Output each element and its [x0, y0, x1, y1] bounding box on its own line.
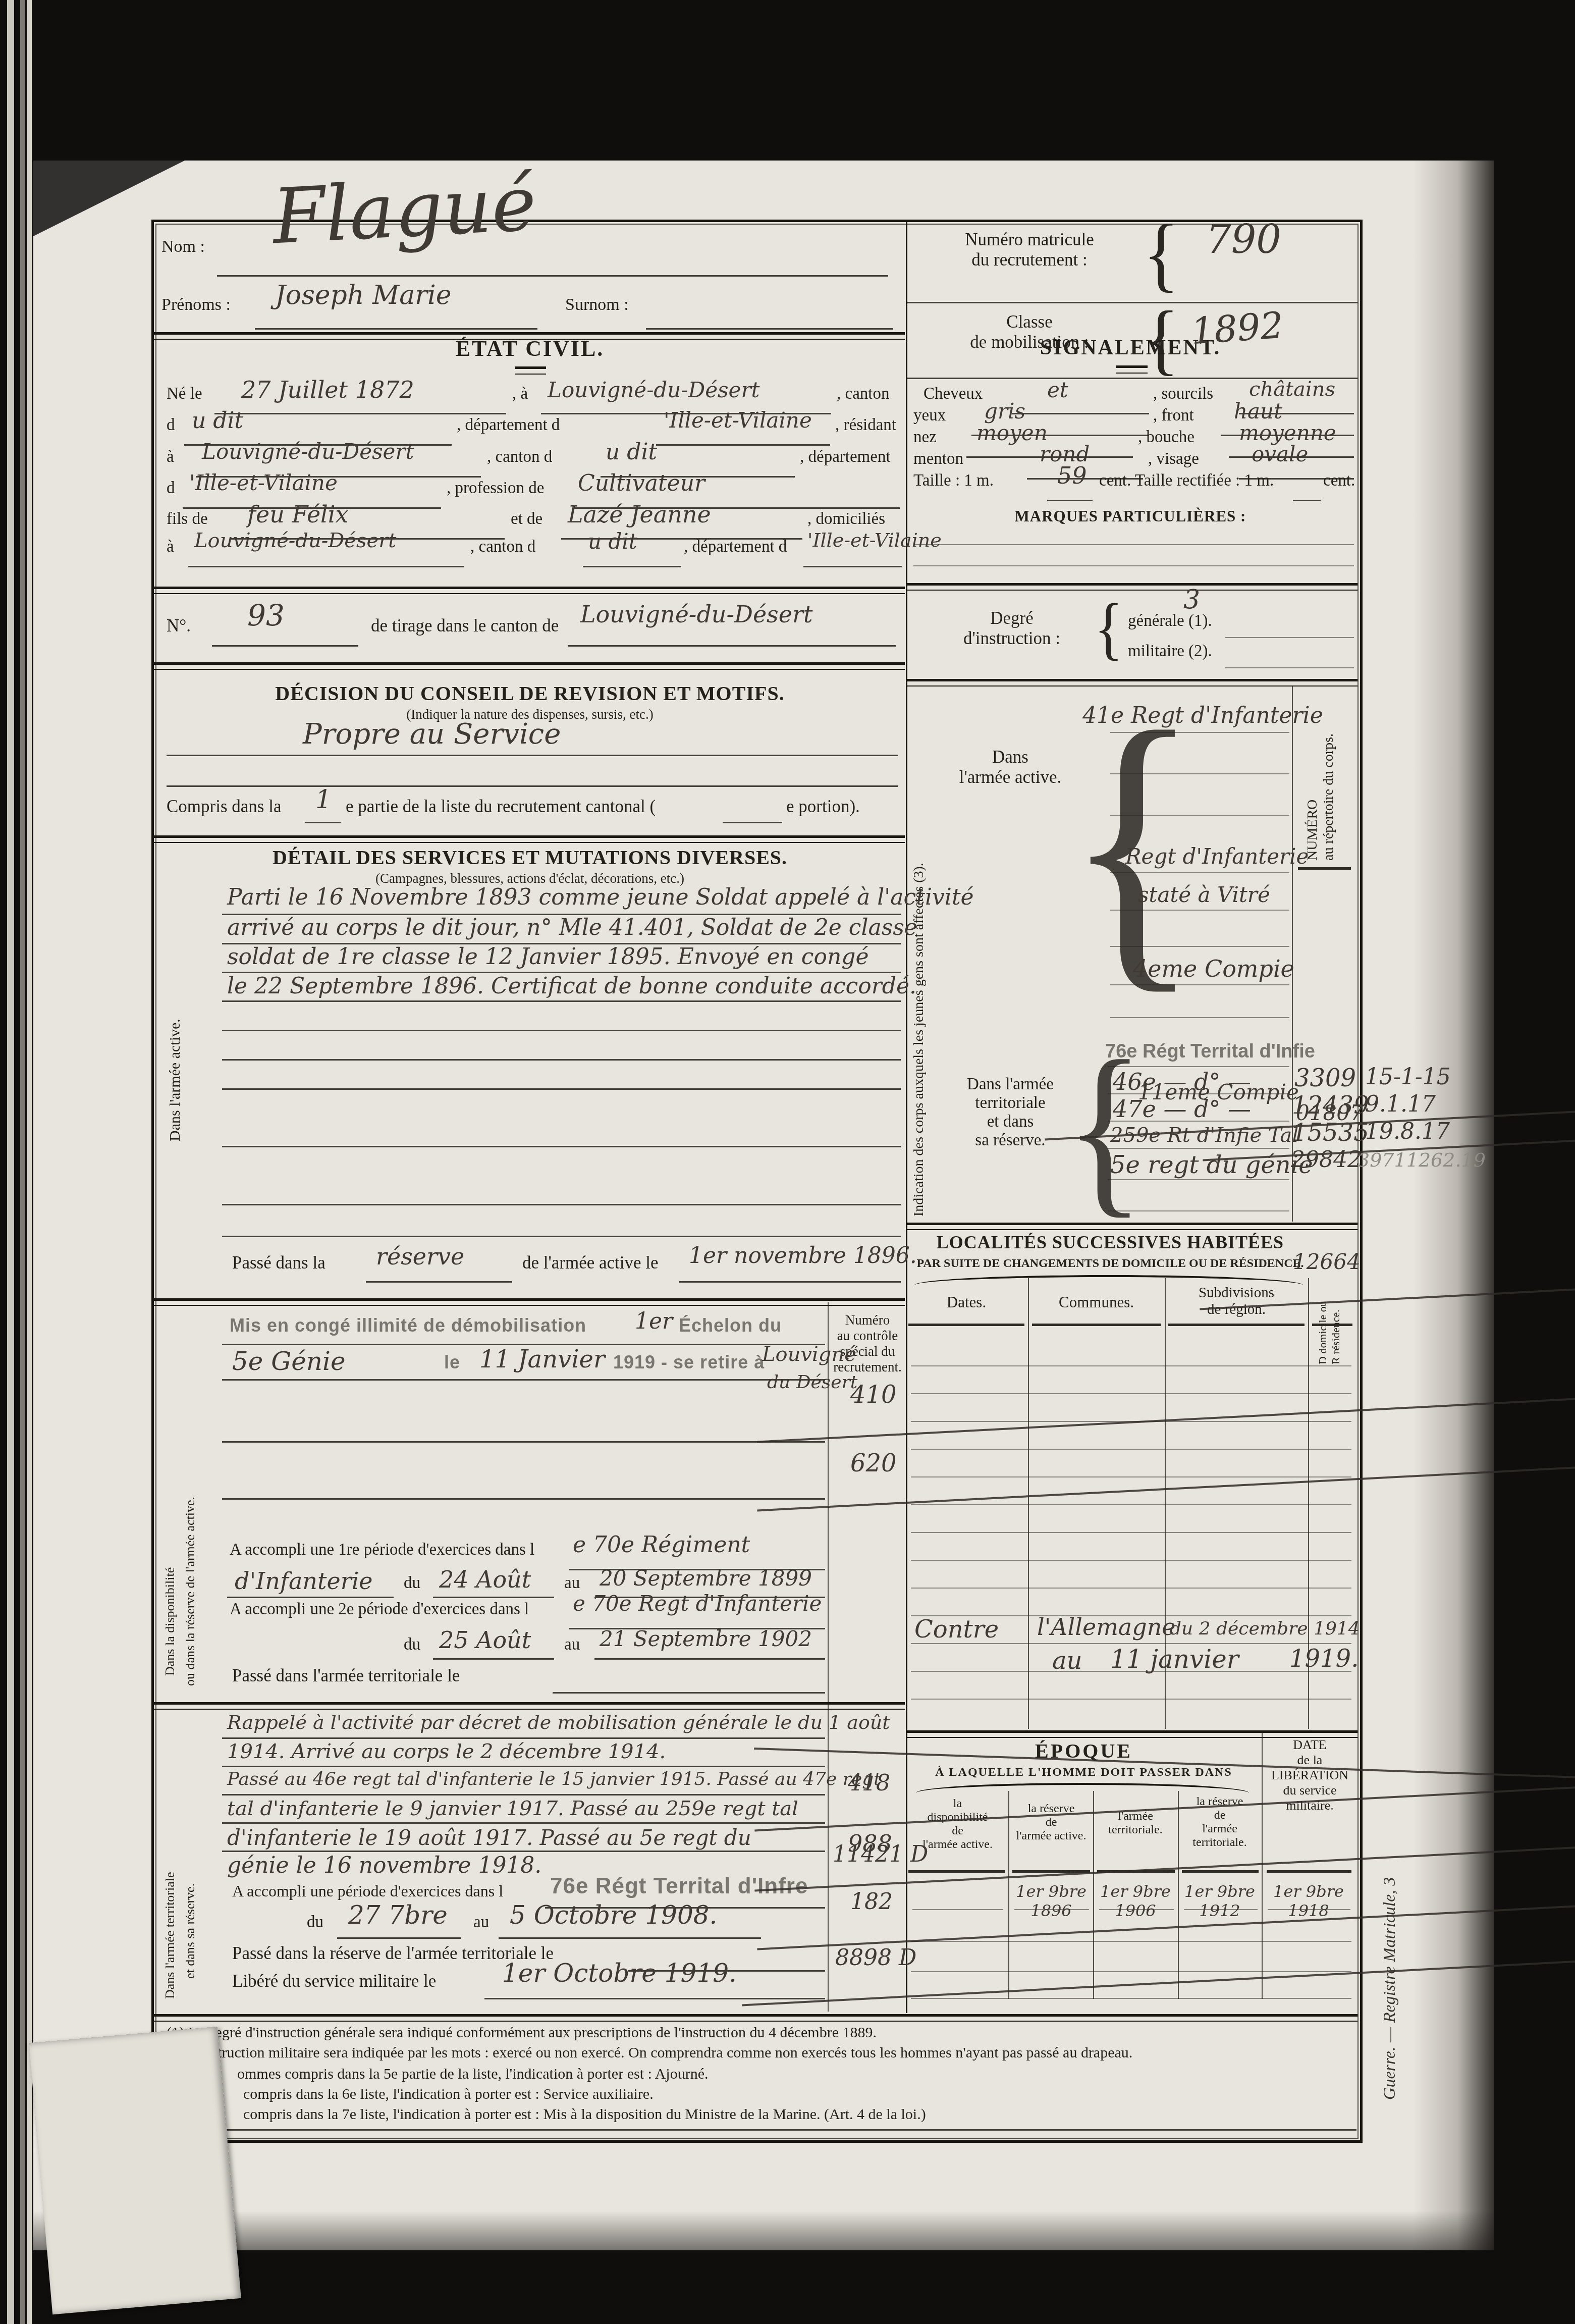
tirage-number-handwriting: 93 — [247, 598, 285, 632]
armee-active-margin-label: Dans l'armée active. — [167, 909, 184, 1252]
ruled-line — [214, 413, 506, 414]
au3-label: au — [473, 1913, 489, 1932]
genie-unit-handwriting: 5e Génie — [232, 1347, 346, 1376]
footnote-4: compris dans la 6e liste, l'indication à… — [243, 2086, 654, 2103]
demobilisation-stamp-text: Mis en congé illimité de démobilisation — [230, 1315, 586, 1336]
canton-d3-label: , canton d — [470, 538, 535, 556]
brace-glyph: { — [1094, 594, 1123, 663]
periode1-label: A accompli une 1re période d'exercices d… — [230, 1541, 534, 1559]
brace-glyph: { — [1143, 213, 1179, 296]
classe-value-handwriting: 1892 — [1189, 304, 1285, 353]
periode1-infanterie-handwriting: d'Infanterie — [235, 1567, 373, 1595]
ruled-line — [227, 1597, 394, 1598]
ruled-line — [222, 1737, 825, 1739]
ruled-line — [222, 1204, 901, 1205]
binding-page-edge — [20, 0, 25, 2324]
yeux-handwriting: gris — [984, 399, 1025, 424]
instruction-label: Degré d'instruction : — [934, 608, 1090, 649]
table-row-line — [911, 1971, 1351, 1972]
du-label: du — [404, 1574, 420, 1593]
corps-terr3-number: 12439 — [1292, 1091, 1369, 1120]
footnote-2: (2) L'instruction militaire sera indiqué… — [167, 2044, 1132, 2062]
tirage-canton-handwriting: Louvigné-du-Désert — [580, 601, 812, 628]
header-rule — [1032, 1324, 1161, 1326]
footnote-divider — [154, 2014, 1357, 2022]
periode2-du-handwriting: 25 Août — [439, 1626, 531, 1654]
campagne-contre-handwriting: Contre — [914, 1615, 999, 1644]
residant-label: , résidant — [835, 416, 896, 435]
ruled-line — [594, 1658, 825, 1660]
table-divider — [1028, 1278, 1029, 1729]
surnom-label: Surnom : — [565, 295, 629, 314]
ruled-line — [222, 1766, 825, 1767]
corps-margin-label: Indication des corps auxquels les jeunes… — [911, 692, 927, 1217]
ruled-line — [1225, 667, 1354, 668]
section-divider — [907, 1223, 1357, 1230]
prenoms-label: Prénoms : — [161, 295, 231, 314]
mobilisation-line4-handwriting: tal d'infanterie le 9 janvier 1917. Pass… — [227, 1797, 798, 1820]
header-rule — [1182, 1870, 1259, 1873]
table-row-line — [911, 1699, 1351, 1700]
services-line3-handwriting: soldat de 1re classe le 12 Janvier 1895.… — [227, 944, 869, 970]
overlapping-sheet-corner — [29, 2027, 241, 2315]
ruled-line — [217, 275, 888, 277]
control-column-divider — [828, 1302, 829, 2012]
corps-terr2-handwriting: 46e — d° — — [1113, 1068, 1251, 1095]
compris-label: Compris dans la — [167, 797, 281, 817]
birth-date-handwriting: 27 Juillet 1872 — [241, 376, 414, 403]
cent-label: cent. — [1323, 471, 1355, 490]
regiment-territorial-stamp: 76e Régt Territal d'Infre — [550, 1874, 808, 1899]
periode-terr-au-handwriting: 5 Octobre 1908. — [510, 1900, 717, 1930]
instruction-generale-handwriting: 3 — [1183, 585, 1200, 615]
campagne-du-handwriting: du 2 décembre 1914 — [1170, 1618, 1360, 1639]
margin-number: 11421 D — [833, 1841, 928, 1867]
au-label: au — [564, 1574, 580, 1593]
campagne-annee-handwriting: 1919. — [1289, 1645, 1359, 1673]
taille-rectifiee-label: cent. Taille rectifiée : 1 m. — [1099, 471, 1274, 490]
du2-label: du — [404, 1635, 420, 1654]
margin-number-crossed: 418 — [848, 1770, 1575, 1796]
ruled-line — [222, 1088, 901, 1090]
mobilisation-line2-handwriting: 1914. Arrivé au corps le 2 décembre 1914… — [227, 1740, 666, 1763]
header-rule — [908, 1324, 1024, 1326]
le-stamp-text: le — [444, 1352, 460, 1373]
ruled-line — [222, 1851, 825, 1852]
footnote-5: compris dans la 7e liste, l'indication à… — [243, 2106, 926, 2123]
territoriale-margin-label-1: Dans l'armée territoriale — [162, 1726, 178, 1999]
epoque-reserve-active-value: 1er 9bre 1896 — [1011, 1882, 1092, 1920]
periode2-regiment-handwriting: e 70e Regt d'Infanterie — [573, 1591, 822, 1616]
section-divider — [154, 662, 905, 670]
corps-terr1-number-crossed: 12664 — [1293, 1249, 1575, 1274]
departement-label: , département d — [457, 416, 560, 435]
ruled-line — [1108, 1210, 1289, 1211]
mobilisation-line5-handwriting: d'infanterie le 19 août 1917. Passé au 5… — [227, 1825, 751, 1850]
col-subdivisions-header: Subdivisions de région. — [1168, 1285, 1305, 1318]
ruled-line — [222, 1236, 901, 1237]
matricule-value-handwriting: 790 — [1206, 217, 1281, 262]
corps-terr2-date: 15-1-15 — [1365, 1064, 1451, 1090]
ruled-line — [656, 444, 830, 446]
cheveux-label: Cheveux — [924, 385, 983, 403]
campagne-au-handwriting: au — [1052, 1647, 1082, 1675]
mobilisation-line3-handwriting: Passé au 46e regt tal d'infanterie le 15… — [227, 1769, 881, 1789]
marques-label: MARQUES PARTICULIÈRES : — [984, 507, 1277, 525]
sourcils-handwriting: châtains — [1249, 378, 1335, 401]
section-divider — [154, 1298, 905, 1306]
ruled-line — [1110, 815, 1289, 816]
header-rule — [1267, 1870, 1351, 1873]
ruled-line — [212, 645, 358, 647]
au2-label: au — [564, 1635, 580, 1654]
ruled-line — [366, 1281, 512, 1283]
liberation-date-value: 1er 9bre 1918 — [1266, 1882, 1351, 1920]
ruled-line — [188, 566, 464, 567]
domicilies-label: , domiciliés — [807, 510, 885, 529]
nom-value-handwriting: Flagué — [270, 160, 538, 261]
compris-label3: e portion). — [786, 797, 860, 817]
ruled-line — [499, 1937, 761, 1939]
visage-label: , visage — [1148, 450, 1199, 468]
registre-matricule-edge-note: Guerre. — Registre Matricule, 3 — [1380, 1817, 1399, 2100]
section-divider — [907, 1730, 1357, 1738]
passe-reserve-label: Passé dans la — [232, 1253, 325, 1273]
ruled-line — [1110, 773, 1289, 774]
margin-number-crossed: 988 — [848, 1830, 1575, 1857]
fils-de-label: fils de — [167, 510, 208, 529]
corps-terr5-handwriting: 5e regt du génie — [1110, 1151, 1313, 1179]
ruled-line — [222, 1146, 901, 1147]
ne-le-label: Né le — [167, 385, 202, 403]
localites-subtitle: PAR SUITE DE CHANGEMENTS DE DOMICILE OU … — [911, 1257, 1310, 1271]
nez-handwriting: moyen — [976, 420, 1048, 445]
periode1-regiment-handwriting: e 70e Régiment — [573, 1532, 750, 1558]
canton-label: , canton — [837, 385, 889, 403]
col-domicile-header: D domicile ou R résidence. — [1316, 1281, 1342, 1364]
services-line2-handwriting: arrivé au corps le dit jour, n° Mle 41.4… — [227, 915, 917, 940]
ruled-line — [433, 1597, 554, 1598]
ruled-line — [1110, 946, 1289, 947]
canton-d-label: d — [167, 416, 175, 435]
a2-label: à — [167, 538, 174, 556]
ruled-line — [167, 785, 898, 787]
corps-active-regiment-handwriting: 41e Regt d'Infanterie — [1082, 703, 1323, 728]
compris-label2: e partie de la liste du recrutement cant… — [346, 797, 656, 817]
table-row-line — [911, 1504, 1351, 1505]
departement2-label: , département — [800, 448, 891, 466]
ruled-line — [222, 1379, 825, 1381]
header-rule — [1168, 1324, 1305, 1326]
ruled-line — [1110, 872, 1289, 873]
ruled-line — [167, 755, 898, 756]
numero-tirage-label: N°. — [167, 616, 191, 636]
ruled-line — [305, 822, 341, 823]
passe-territoriale-label: Passé dans l'armée territoriale le — [232, 1666, 460, 1686]
ruled-line — [1108, 1148, 1289, 1149]
canton-value-handwriting: u dit — [192, 408, 243, 434]
compris-value-handwriting: 1 — [315, 785, 332, 814]
et-de-label: et de — [511, 510, 542, 529]
ruled-line — [337, 1937, 461, 1939]
canton3-handwriting: u dit — [588, 529, 637, 554]
ruled-line — [1047, 500, 1093, 501]
front-handwriting: haut — [1234, 399, 1282, 424]
title-underline — [1116, 365, 1148, 374]
corps-active-label: Dans l'armée active. — [940, 747, 1081, 787]
corps-terr4-number: 15535 — [1292, 1119, 1369, 1147]
nom-label: Nom : — [161, 237, 205, 256]
passe-date-handwriting: 1er novembre 1896. — [689, 1243, 917, 1269]
corps-terr4-handwriting: 259e Rt d'Infie Tal — [1110, 1124, 1298, 1147]
ruled-line — [1012, 413, 1149, 414]
corps-terr1-stamp: 76e Régt Territal d'Infie — [1105, 1041, 1315, 1063]
footnote-1: (1) Le degré d'instruction générale sera… — [167, 2024, 877, 2041]
ruled-line — [723, 822, 782, 823]
ruled-line — [907, 302, 1357, 303]
territoriale-margin-label-2: et dans sa réserve. — [183, 1747, 198, 1979]
sourcils-label: , sourcils — [1153, 385, 1213, 403]
ruled-line — [1110, 910, 1289, 911]
father-handwriting: feu Félix — [247, 501, 349, 528]
retire-place2-handwriting: du Désert. — [767, 1372, 863, 1393]
section-divider — [154, 587, 905, 594]
section-divider — [154, 1702, 905, 1710]
ruled-line — [222, 1498, 825, 1500]
col-communes-header: Communes. — [1032, 1293, 1161, 1311]
ruled-line — [553, 1692, 825, 1694]
campagne-date-handwriting: 11 janvier — [1110, 1645, 1239, 1674]
corps-terr5-pencil-number: 39711262.19 — [1357, 1149, 1486, 1171]
periode-territoriale-label: A accompli une période d'exercices dans … — [232, 1882, 503, 1900]
etat-civil-title: ÉTAT CIVIL. — [353, 336, 707, 361]
epoque-reserve-terr-value: 1er 9bre 1912 — [1180, 1882, 1260, 1920]
epoque-territoriale-value: 1er 9bre 1906 — [1095, 1882, 1176, 1920]
se-retire-stamp-text: 1919 - se retire à — [613, 1352, 765, 1373]
frame-bottom-rule — [227, 2129, 1356, 2131]
echelon-handwriting: 1er — [635, 1308, 673, 1334]
ruled-line — [255, 328, 537, 330]
tirage-label: de tirage dans le canton de — [371, 616, 559, 636]
corps-active5-handwriting: 4eme Compie — [1133, 955, 1294, 982]
ruled-line — [1108, 1066, 1289, 1067]
table-row-line — [911, 1941, 1351, 1942]
corps-terr4-date: 19.8.17 — [1365, 1119, 1450, 1144]
yeux-label: yeux — [913, 406, 946, 425]
corps-active2-handwriting: Regt d'Infanterie — [1125, 844, 1309, 869]
corps-terr3-date: 9.1.17 — [1365, 1091, 1436, 1117]
campagne-allemagne-handwriting: l'Allemagne — [1037, 1613, 1176, 1641]
departement3-handwriting: 'Ille-et-Vilaine — [189, 470, 338, 495]
ruled-line — [222, 1441, 825, 1443]
decision-value-handwriting: Propre au Service — [303, 718, 561, 751]
periode1-au-handwriting: 20 Septembre 1899 — [600, 1566, 812, 1591]
ruled-line — [222, 1794, 825, 1795]
periode2-au-handwriting: 21 Septembre 1902 — [600, 1626, 812, 1651]
ruled-line — [1108, 1179, 1289, 1180]
instruction-militaire-label: militaire (2). — [1128, 642, 1212, 661]
services-title: DÉTAIL DES SERVICES ET MUTATIONS DIVERSE… — [217, 846, 843, 869]
ruled-line — [803, 566, 902, 567]
table-row-line — [911, 1588, 1351, 1589]
ruled-line — [1293, 500, 1321, 501]
visage-handwriting: ovale — [1252, 442, 1308, 466]
col-dates-header: Dates. — [908, 1293, 1024, 1311]
du3-label: du — [307, 1913, 323, 1932]
ruled-line — [222, 1030, 901, 1031]
ruled-line — [583, 566, 681, 567]
ruled-line — [679, 1281, 901, 1283]
mother-handwriting: Lazé Jeanne — [568, 501, 711, 528]
table-row-line — [911, 1998, 1351, 1999]
dispo-margin-label-2: ou dans la réserve de l'armée active. — [183, 1312, 198, 1686]
departement4-label: , département d — [684, 538, 787, 556]
ruled-line — [222, 1059, 901, 1061]
decision-title: DÉCISION DU CONSEIL DE REVISION ET MOTIF… — [217, 681, 843, 705]
table-row-line — [911, 1365, 1351, 1366]
ruled-line — [1110, 984, 1289, 985]
departement4-handwriting: 'Ille-et-Vilaine — [807, 529, 942, 551]
controle-number-crossed: 620 — [850, 1449, 1575, 1477]
cheveux-handwriting: et — [1047, 378, 1068, 402]
header-rule — [908, 1870, 1005, 1873]
front-label: , front — [1153, 406, 1194, 425]
profession-label: , profession de — [447, 479, 544, 498]
prenoms-value-handwriting: Joseph Marie — [275, 280, 451, 310]
periode2-label: A accompli une 2e période d'exercices da… — [230, 1600, 529, 1619]
residence-handwriting: Louvigné-du-Désert — [202, 439, 414, 464]
services-line1-handwriting: Parti le 16 Novembre 1893 comme jeune So… — [227, 884, 974, 910]
libere-label: Libéré du service militaire le — [232, 1971, 436, 1991]
scanned-register-page: { "glyphs": { "brace": "{" }, "edge": { … — [0, 0, 1575, 2324]
echelon-stamp-text: Échelon du — [679, 1315, 782, 1336]
canton-d2-label: , canton d — [487, 448, 552, 466]
ruled-line — [433, 1658, 554, 1660]
bouche-label: , bouche — [1138, 428, 1194, 447]
ruled-line — [913, 565, 1354, 566]
binding-page-edge — [27, 0, 32, 2324]
corps-terr5-number: 29842 — [1291, 1147, 1362, 1173]
a-label: , à — [512, 385, 528, 403]
taille-label: Taille : 1 m. — [913, 471, 994, 490]
birth-place-handwriting: Louvigné-du-Désert — [548, 378, 759, 402]
profession-handwriting: Cultivateur — [578, 470, 705, 496]
canton2-handwriting: u dit — [606, 439, 657, 465]
ruled-line — [222, 1822, 825, 1824]
controle-number-crossed: 410 — [850, 1381, 1575, 1409]
dispo-margin-label-1: Dans la disponibilité — [162, 1323, 178, 1676]
d-label: d — [167, 479, 175, 498]
title-underline — [515, 366, 546, 375]
ruled-line — [913, 544, 1354, 545]
ruled-line — [568, 645, 896, 647]
margin-number-crossed: 8898 D — [835, 1945, 1575, 1971]
section-divider — [154, 835, 905, 843]
mobilisation-line6-handwriting: génie le 16 novembre 1918. — [227, 1853, 541, 1878]
corps-terr2-number: 3309 — [1294, 1064, 1356, 1092]
domicile-handwriting: Louvigné-du-Désert — [194, 529, 396, 552]
libere-date-handwriting: 1er Octobre 1919. — [502, 1959, 737, 1988]
a-residence-label: à — [167, 448, 174, 466]
passe-reserve-handwriting: réserve — [376, 1243, 464, 1270]
footnote-3: ommes compris dans la 5e partie de la li… — [237, 2066, 709, 2083]
departement-value-handwriting: 'Ille-et-Vilaine — [664, 408, 812, 433]
menton-label: menton — [913, 450, 963, 468]
nez-label: nez — [913, 428, 937, 447]
mobilisation-line1-handwriting: Rappelé à l'activité par décret de mobil… — [227, 1711, 890, 1733]
armee-active-le-label: de l'armée active le — [522, 1253, 659, 1273]
demob-date-handwriting: 11 Janvier — [479, 1345, 605, 1374]
table-row-line — [911, 1532, 1351, 1533]
localites-title: LOCALITÉS SUCCESSIVES HABITÉES — [924, 1232, 1297, 1253]
periode-terr-du-handwriting: 27 7bre — [348, 1900, 448, 1930]
matricule-label: Numéro matricule du recrutement : — [921, 230, 1138, 270]
section-divider — [907, 679, 1357, 686]
periode1-du-handwriting: 24 Août — [439, 1566, 531, 1593]
ruled-line — [646, 328, 893, 330]
services-line4-handwriting: le 22 Septembre 1896. Certificat de bonn… — [227, 973, 916, 999]
taille-handwriting: 59 — [1057, 462, 1087, 489]
retire-place-handwriting: Louvigné — [762, 1343, 856, 1366]
ruled-line — [484, 1998, 825, 1999]
ruled-line — [222, 1000, 901, 1002]
ruled-line — [1110, 732, 1289, 733]
section-divider — [907, 583, 1357, 591]
corps-terr3-handwriting: 47e — d° — — [1113, 1095, 1251, 1123]
binding-page-edge — [7, 0, 14, 2324]
ru1ed-line — [1110, 1017, 1289, 1018]
corps-active3-handwriting: staté à Vitré — [1138, 882, 1270, 907]
table-row-line — [911, 1560, 1351, 1561]
ruled-line — [1225, 637, 1354, 638]
